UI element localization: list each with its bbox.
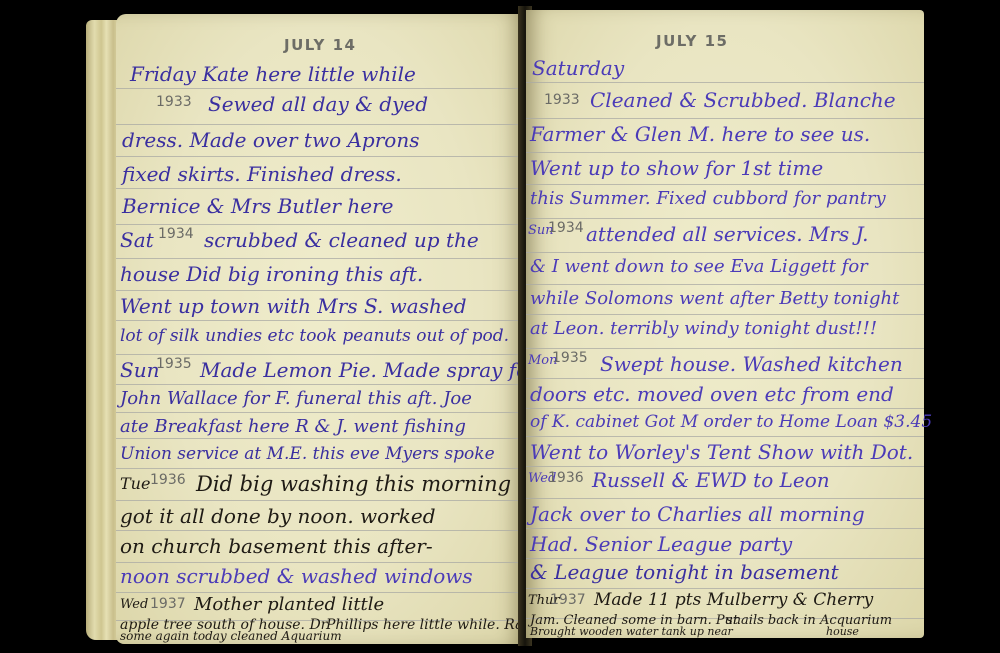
diary-book: JULY 14 Friday Kate here little while 19… xyxy=(86,6,946,646)
entry-year: 1934 xyxy=(548,220,584,236)
rule-line xyxy=(526,152,924,153)
entry-line: house Did big ironing this aft. xyxy=(120,264,423,284)
entry-line: got it all done by noon. worked xyxy=(120,506,436,526)
rule-line xyxy=(116,88,526,89)
entry-year: 1937 xyxy=(550,592,586,608)
entry-line: Did big washing this morning xyxy=(196,474,511,495)
rule-line xyxy=(116,468,526,469)
entry-line: Had. Senior League party xyxy=(530,534,792,554)
date-header: JULY 14 xyxy=(284,36,356,54)
rule-line xyxy=(116,384,526,385)
rule-line xyxy=(116,530,526,531)
entry-day: Sat xyxy=(120,230,154,250)
entry-line: Mother planted little xyxy=(194,596,384,614)
entry-line: house xyxy=(826,626,859,637)
rule-line xyxy=(116,412,526,413)
rule-line xyxy=(526,408,924,409)
entry-line: some again today cleaned Aquarium xyxy=(120,630,342,642)
entry-line: John Wallace for F. funeral this aft. Jo… xyxy=(120,390,472,408)
rule-line xyxy=(526,528,924,529)
entry-day: Sun xyxy=(120,360,159,380)
entry-line: Went to Worley's Tent Show with Dot. xyxy=(530,442,913,462)
entry-line: Farmer & Glen M. here to see us. xyxy=(530,124,870,144)
rule-line xyxy=(526,82,924,83)
rule-line xyxy=(116,258,526,259)
entry-line: & I went down to see Eva Liggett for xyxy=(530,258,868,276)
rule-line xyxy=(526,314,924,315)
entry-line: Made 11 pts Mulberry & Cherry xyxy=(594,592,873,609)
entry-line: Jack over to Charlies all morning xyxy=(530,504,865,524)
entry-line: ate Breakfast here R & J. went fishing xyxy=(120,418,466,436)
entry-line: Brought wooden water tank up near xyxy=(530,626,733,637)
rule-line xyxy=(116,320,526,321)
entry-year: 1933 xyxy=(156,94,192,110)
entry-line: lot of silk undies etc took peanuts out … xyxy=(120,328,509,345)
rule-line xyxy=(116,592,526,593)
entry-year: 1935 xyxy=(552,350,588,366)
entry-line: Saturday xyxy=(532,58,624,78)
entry-line: Cleaned & Scrubbed. Blanche xyxy=(590,90,896,110)
entry-line: scrubbed & cleaned up the xyxy=(204,230,479,250)
entry-year: 1936 xyxy=(548,470,584,486)
entry-line: attended all services. Mrs J. xyxy=(586,224,868,244)
entry-line: Made Lemon Pie. Made spray for xyxy=(200,360,538,380)
entry-line: at Leon. terribly windy tonight dust!!! xyxy=(530,320,877,338)
rule-line xyxy=(526,252,924,253)
entry-year: 1933 xyxy=(544,92,580,108)
entry-line: Russell & EWD to Leon xyxy=(592,470,830,490)
entry-line: Went up town with Mrs S. washed xyxy=(120,296,467,316)
entry-line: while Solomons went after Betty tonight xyxy=(530,290,899,308)
rule-line xyxy=(116,124,526,125)
entry-line: & League tonight in basement xyxy=(530,562,839,582)
entry-year: 1936 xyxy=(150,472,186,488)
entry-line: noon scrubbed & washed windows xyxy=(120,566,473,586)
left-page: JULY 14 Friday Kate here little while 19… xyxy=(116,14,526,644)
page-edges xyxy=(86,20,120,640)
entry-year: 1937 xyxy=(150,596,186,612)
rule-line xyxy=(526,558,924,559)
rule-line xyxy=(526,118,924,119)
rule-line xyxy=(526,184,924,185)
rule-line xyxy=(526,498,924,499)
rule-line xyxy=(526,466,924,467)
rule-line xyxy=(526,348,924,349)
date-header: JULY 15 xyxy=(656,32,728,50)
entry-year: 1935 xyxy=(156,356,192,372)
entry-line: Sewed all day & dyed xyxy=(208,94,428,114)
rule-line xyxy=(116,224,526,225)
entry-line: doors etc. moved oven etc from end xyxy=(530,384,894,404)
entry-line: Bernice & Mrs Butler here xyxy=(122,196,393,216)
entry-line: snails back in Acquarium xyxy=(726,614,892,627)
entry-day: Wed xyxy=(120,598,148,611)
entry-line: on church basement this after- xyxy=(120,536,433,556)
rule-line xyxy=(526,588,924,589)
entry-line: dress. Made over two Aprons xyxy=(122,130,419,150)
right-page: JULY 15 Saturday 1933 Cleaned & Scrubbed… xyxy=(526,10,924,638)
entry-line: this Summer. Fixed cubbord for pantry xyxy=(530,190,886,208)
rule-line xyxy=(116,562,526,563)
rule-line xyxy=(526,284,924,285)
entry-line: of K. cabinet Got M order to Home Loan $… xyxy=(530,414,932,431)
entry-line: Went up to show for 1st time xyxy=(530,158,823,178)
rule-line xyxy=(116,156,526,157)
rule-line xyxy=(116,188,526,189)
rule-line xyxy=(116,438,526,439)
rule-line xyxy=(116,500,526,501)
rule-line xyxy=(526,218,924,219)
entry-line: fixed skirts. Finished dress. xyxy=(122,164,402,184)
rule-line xyxy=(116,290,526,291)
rule-line xyxy=(526,436,924,437)
entry-line: Swept house. Washed kitchen xyxy=(600,354,903,374)
rule-line xyxy=(526,378,924,379)
rule-line xyxy=(116,354,526,355)
entry-line: Union service at M.E. this eve Myers spo… xyxy=(120,446,495,463)
entry-year: 1934 xyxy=(158,226,194,242)
entry-line: Friday Kate here little while xyxy=(130,64,416,84)
entry-day: Tue xyxy=(120,476,150,492)
